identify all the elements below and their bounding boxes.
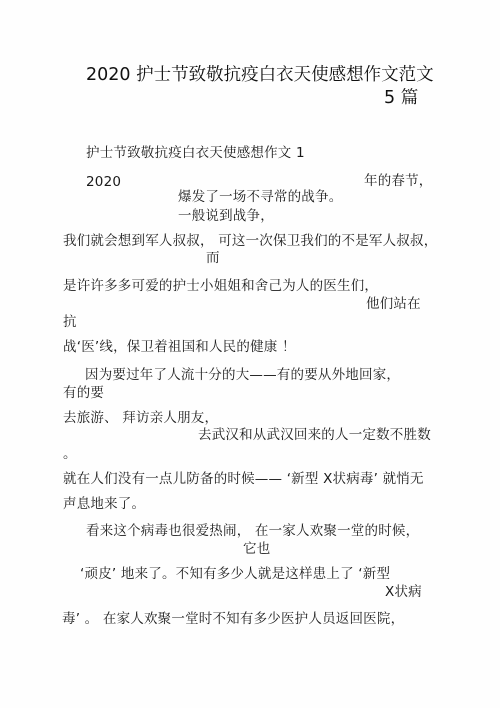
text-line: 因为要过年了人流十分的大——有的要从外地回家， <box>85 367 400 383</box>
text-line: 它也 <box>243 541 270 557</box>
essay-subtitle: 护士节致敬抗疫白衣天使感想作文 1 <box>86 145 305 161</box>
document-page: 2020 护士节致敬抗疫白衣天使感想作文范文 5 篇 护士节致敬抗疫白衣天使感想… <box>0 0 500 708</box>
text-line: ‘顽皮’ 地来了。不知有多少人就是这样患上了 ‘新型 <box>80 566 390 582</box>
text-line: 去武汉和从武汉回来的人一定数不胜数 <box>198 427 431 443</box>
text-line: 去旅游、 拜访亲人朋友， <box>63 410 218 426</box>
text-line: 而 <box>206 250 220 266</box>
text-line: 2020 <box>86 174 121 190</box>
text-line: X状病 <box>385 584 422 600</box>
text-line: 我们就会想到军人叔叔， 可这一次保卫我们的不是军人叔叔， <box>63 233 437 249</box>
text-line: 爆发了一场不寻常的战争。 <box>178 189 342 205</box>
text-line: 毒’ 。 在家人欢聚一堂时不知有多少医护人员返回医院， <box>62 611 404 627</box>
text-line: 声息地来了。 <box>63 496 145 512</box>
text-line: 他们站在 <box>366 296 421 312</box>
text-line: 看来这个病毒也很爱热闹， 在一家人欢聚一堂的时候， <box>86 523 419 539</box>
text-line: 战‘医’线，保卫着祖国和人民的健康 ！ <box>63 339 296 355</box>
document-title-line-1: 2020 护士节致敬抗疫白衣天使感想作文范文 <box>86 65 434 85</box>
text-line: 年的春节， <box>364 173 433 189</box>
text-line: 是许许多多可爱的护士小姐姐和舍己为人的医生们， <box>63 278 378 294</box>
text-line: 。 <box>63 446 77 462</box>
text-line: 抗 <box>63 314 77 330</box>
document-title-line-2: 5 篇 <box>384 88 418 108</box>
text-line: 有的要 <box>63 385 104 401</box>
text-line: 就在人们没有一点儿防备的时候—— ‘新型 X状病毒’ 就悄无 <box>63 471 424 487</box>
text-line: 一般说到战争， <box>178 208 274 224</box>
